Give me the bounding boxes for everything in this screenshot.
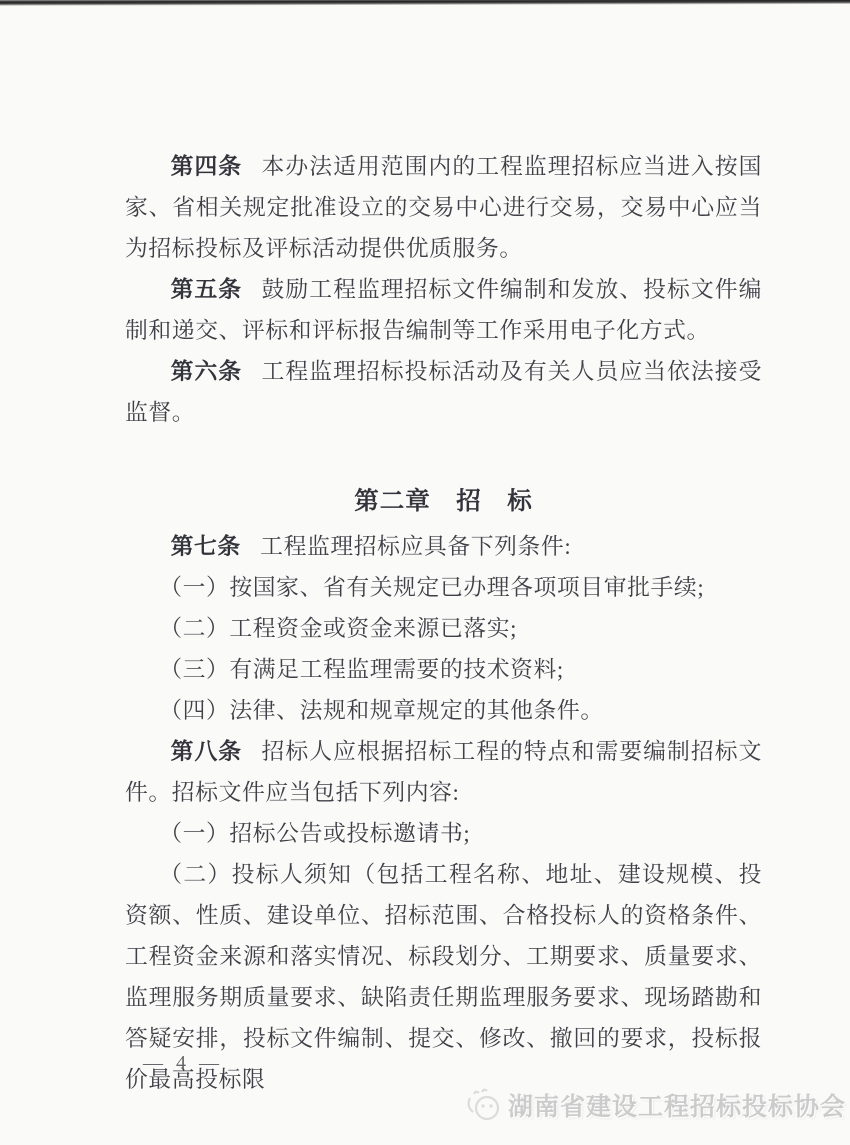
article-7-number: 第七条: [171, 534, 241, 559]
scan-top-edge: [0, 0, 850, 6]
article-6-number: 第六条: [171, 359, 243, 384]
article-4-number: 第四条: [171, 154, 243, 179]
chapter-heading: 第二章 招 标: [125, 481, 762, 522]
article-5-number: 第五条: [171, 277, 243, 302]
document-body: 第四条本办法适用范围内的工程监理招标应当进入按国家、省相关规定批准设立的交易中心…: [125, 146, 762, 1100]
article-7-item-1: （一）按国家、省有关规定已办理各项项目审批手续;: [125, 567, 762, 608]
article-4: 第四条本办法适用范围内的工程监理招标应当进入按国家、省相关规定批准设立的交易中心…: [125, 146, 762, 269]
article-6: 第六条工程监理招标投标活动及有关人员应当依法接受监督。: [125, 351, 762, 433]
article-7: 第七条工程监理招标应具备下列条件:: [125, 526, 762, 567]
article-8-item-1: （一）招标公告或投标邀请书;: [125, 813, 762, 854]
article-8: 第八条招标人应根据招标工程的特点和需要编制招标文件。招标文件应当包括下列内容:: [125, 731, 762, 813]
article-8-number: 第八条: [171, 739, 243, 764]
article-7-item-3: （三）有满足工程监理需要的技术资料;: [125, 649, 762, 690]
article-7-item-4: （四）法律、法规和规章规定的其他条件。: [125, 690, 762, 731]
article-7-text: 工程监理招标应具备下列条件:: [260, 534, 571, 559]
article-5: 第五条鼓励工程监理招标文件编制和发放、投标文件编制和递交、评标和评标报告编制等工…: [125, 269, 762, 351]
page-number: — 4 —: [143, 1052, 223, 1075]
article-7-item-2: （二）工程资金或资金来源已落实;: [125, 608, 762, 649]
